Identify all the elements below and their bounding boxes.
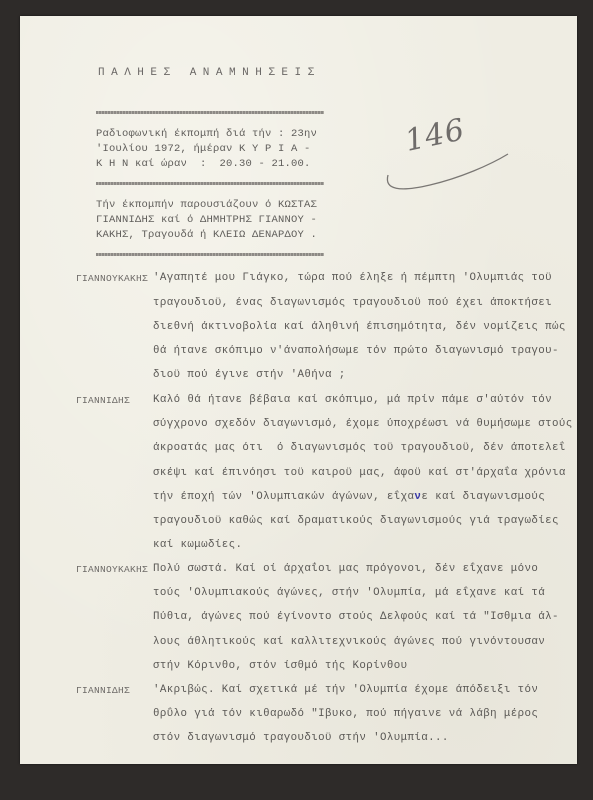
dialogue-line: καί κωμωδίες. [153,539,242,551]
dialogue-line: διεθνή άκτινοβολία καί άληθινή έπισημότη… [153,321,566,333]
broadcast-info-line: Κ Η Ν καί ώραν : 20.30 - 21.00. [96,157,311,172]
dialogue-line: σκέψι καί έπινόησι τοϋ καιροϋ μας, άφοϋ … [153,467,566,479]
handwritten-underline-stroke [380,150,520,200]
dialogue-line: Πολύ σωστά. Καί οί άρχαΐοι μας πρόγονοι,… [153,563,538,575]
divider-rule [96,111,324,114]
speaker-label: ΓΙΑΝΝΟΥΚΑΚΗΣ [76,564,148,575]
divider-rule [96,253,324,256]
dialogue-line: τραγουδιοϋ καθώς καί δραματικούς διαγωνι… [153,515,559,527]
dialogue-line: σύγχρονο σχεδόν διαγωνισμό, έχομε ύποχρέ… [153,418,573,430]
presenters-line: ΚΑΚΗΣ, Τραγουδά ή ΚΛΕΙΩ ΔΕΝΑΡΔΟΥ . [96,228,317,243]
speaker-label: ΓΙΑΝΝΟΥΚΑΚΗΣ [76,273,148,284]
dialogue-line: άκροατάς μας ότι ό διαγωνισμός τοϋ τραγο… [153,442,566,454]
document-title: ΠΑΛΗΕΣ ΑΝΑΜΝΗΣΕΙΣ [98,67,321,79]
dialogue-line: θρΰλο γιά τόν κιθαρωδό "Ιβυκο, πού πήγαι… [153,708,538,720]
dialogue-line: Καλό θά ήτανε βέβαια καί σκόπιμο, μά πρί… [153,394,552,406]
dialogue-line: θά ήτανε σκόπιμο ν'άναπολήσωμε τόν πρώτο… [153,345,559,357]
dialogue-line: τούς 'Ολυμπιακούς άγώνες, στήν 'Ολυμπία,… [153,587,545,599]
presenters-line: Τήν έκπομπήν παρουσιάζουν ό ΚΩΣΤΑΣ [96,198,317,213]
broadcast-info-line: 'Ιουλίου 1972, ήμέραν Κ Υ Ρ Ι Α - [96,142,311,157]
dialogue-line: τραγουδιοϋ, ένας διαγωνισμός τραγουδιοϋ … [153,297,552,309]
dialogue-line: 'Αγαπητέ μου Γιάγκο, τώρα πού έληξε ή πέ… [153,272,552,284]
dialogue-line: στήν Κόρινθο, στόν ίσθμό τής Κορίνθου [153,660,408,672]
dialogue-line-text: ε καί διαγωνισμούς [421,491,545,503]
dialogue-line: διοϋ πού έγινε στήν 'Αθήνα ; [153,369,346,381]
dialogue-line: λους άθλητικούς καί καλλιτεχνικούς άγώνε… [153,636,545,648]
broadcast-info-line: Ραδιοφωνική έκπομπή διά τήν : 23ην [96,127,317,142]
dialogue-line: στόν διαγωνισμό τραγουδιοϋ στήν 'Ολυμπία… [153,732,449,744]
speaker-label: ΓΙΑΝΝΙΔΗΣ [76,395,130,406]
speaker-label: ΓΙΑΝΝΙΔΗΣ [76,685,130,696]
dialogue-line: 'Ακριβώς. Καί σχετικά μέ τήν 'Ολυμπία έχ… [153,684,538,696]
presenters-line: ΓΙΑΝΝΙΔΗΣ καί ό ΔΗΜΗΤΡΗΣ ΓΙΑΝΝΟΥ - [96,213,317,228]
dialogue-line-text: τήν έποχή τών 'Ολυμπιακών άγώνων, εΐχα [153,491,414,503]
dialogue-line: τήν έποχή τών 'Ολυμπιακών άγώνων, εΐχανε… [153,491,545,503]
dialogue-line: Πύθια, άγώνες πού έγίνοντο στούς Δελφούς… [153,611,559,623]
divider-rule [96,182,324,185]
